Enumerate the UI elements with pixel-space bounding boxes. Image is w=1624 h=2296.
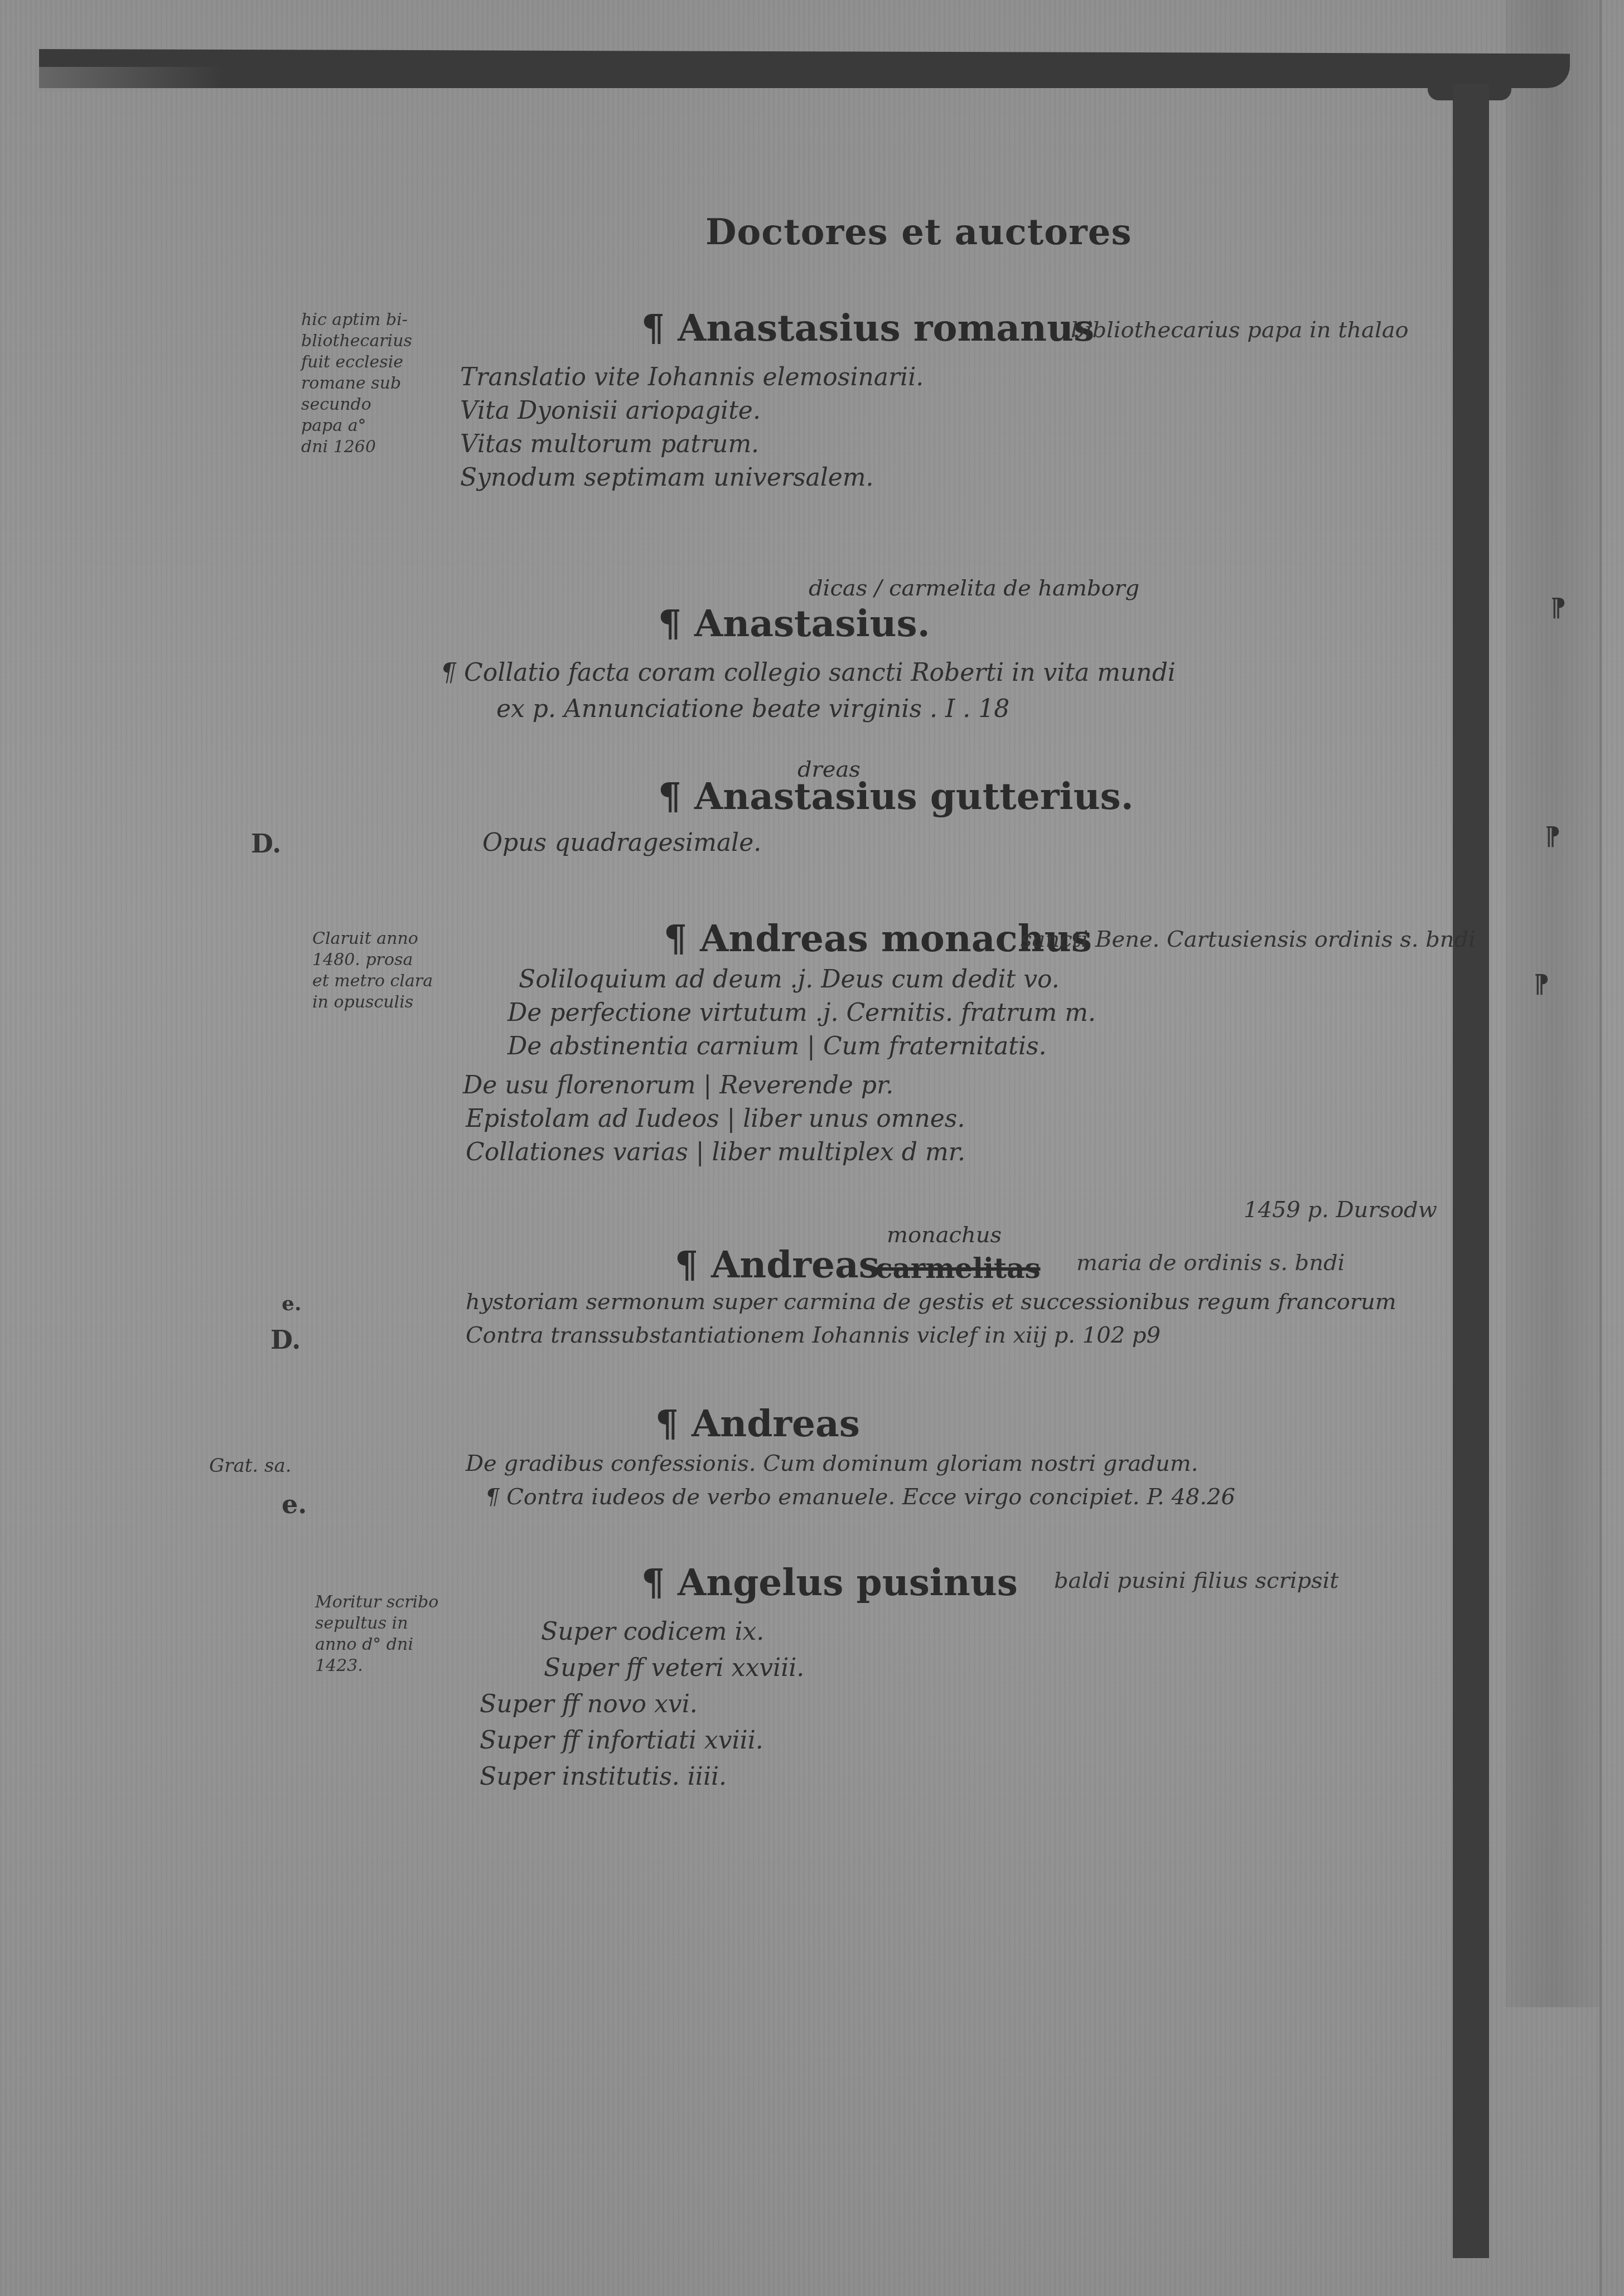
entry-heading: ¶ Andreas: [675, 1246, 879, 1283]
heading-note: sancti Bene. Cartusiensis ordinis s. bnd…: [1021, 928, 1476, 951]
margin-note: hic aptim bi- bliothecarius fuit ecclesi…: [301, 309, 412, 458]
work-line: Soliloquium ad deum .j. Deus cum dedit v…: [519, 967, 1060, 992]
work-line: De gradibus confessionis. Cum dominum gl…: [466, 1452, 1198, 1475]
interlinear-note: monachus: [887, 1224, 1002, 1246]
entry-heading: ¶ Anastasius.: [658, 605, 930, 642]
work-line: ¶ Collatio facta coram collegio sancti R…: [441, 661, 1176, 685]
margin-note: Claruit anno 1480. prosa et metro clara …: [312, 928, 433, 1013]
work-line: Synodum septimam universalem.: [460, 466, 874, 490]
work-line: Translatio vite Iohannis elemosinarii.: [460, 365, 924, 390]
work-line: Collationes varias | liber multiplex d m…: [466, 1140, 965, 1165]
work-line: Super institutis. iiii.: [480, 1765, 727, 1789]
frame-top-bar: [39, 49, 1570, 88]
work-line: Contra transsubstantiationem Iohannis vi…: [466, 1324, 1161, 1346]
work-line: Super ff infortiati xviii.: [480, 1728, 763, 1753]
manuscript-page: Doctores et auctores hic aptim bi- bliot…: [0, 0, 1624, 2296]
work-line: De usu florenorum | Reverende pr.: [463, 1073, 893, 1098]
struck-word: carmelitas: [876, 1254, 1041, 1282]
work-line: Super ff veteri xxviii.: [544, 1656, 804, 1680]
work-line: Super codicem ix.: [541, 1620, 764, 1644]
siglum: D.: [270, 1327, 301, 1353]
page-edge: [1599, 0, 1602, 2296]
frame-right-bar: [1453, 84, 1489, 2258]
showthrough-mark: ⁋: [1550, 594, 1566, 622]
work-line: hystoriam sermonum super carmina de gest…: [466, 1291, 1396, 1313]
entry-heading: ¶ Anastasius romanus: [641, 309, 1094, 346]
heading-note: maria de ordinis s. bndi: [1076, 1252, 1345, 1274]
heading-note: bibliothecarius papa in thalao: [1071, 319, 1409, 341]
margin-note: Grat. sa.: [209, 1455, 292, 1476]
entry-heading: ¶ Anastasius gutterius.: [658, 778, 1134, 815]
work-line: Epistolam ad Iudeos | liber unus omnes.: [466, 1107, 965, 1131]
page-title: Doctores et auctores: [705, 215, 1132, 250]
siglum: e.: [282, 1491, 307, 1517]
entry-heading: ¶ Angelus pusinus: [641, 1564, 1018, 1601]
work-line: De perfectione virtutum .j. Cernitis. fr…: [507, 1001, 1096, 1025]
siglum: e.: [282, 1294, 301, 1314]
siglum: D.: [251, 831, 281, 856]
showthrough-mark: ⁋: [1545, 822, 1560, 851]
right-margin-note: 1459 p. Dursodw: [1244, 1199, 1437, 1221]
work-line: ex p. Annunciatione beate virginis . I .…: [496, 697, 1009, 721]
work-line: Vitas multorum patrum.: [460, 432, 759, 457]
water-stain: [1506, 0, 1601, 2007]
work-line: Vita Dyonisii ariopagite.: [460, 399, 761, 423]
work-line: De abstinentia carnium | Cum fraternitat…: [507, 1034, 1047, 1059]
interlinear-note: dicas / carmelita de hamborg: [809, 577, 1139, 599]
heading-note: baldi pusini filius scripsit: [1054, 1570, 1338, 1592]
entry-heading: ¶ Andreas: [655, 1405, 860, 1442]
margin-note: Moritur scribo sepultus in anno d° dni 1…: [315, 1592, 438, 1677]
work-line: ¶ Contra iudeos de verbo emanuele. Ecce …: [485, 1486, 1235, 1508]
work-line: Opus quadragesimale.: [482, 831, 761, 855]
frame-fade: [39, 67, 223, 92]
showthrough-mark: ⁋: [1534, 970, 1549, 999]
work-line: Super ff novo xvi.: [480, 1692, 698, 1717]
